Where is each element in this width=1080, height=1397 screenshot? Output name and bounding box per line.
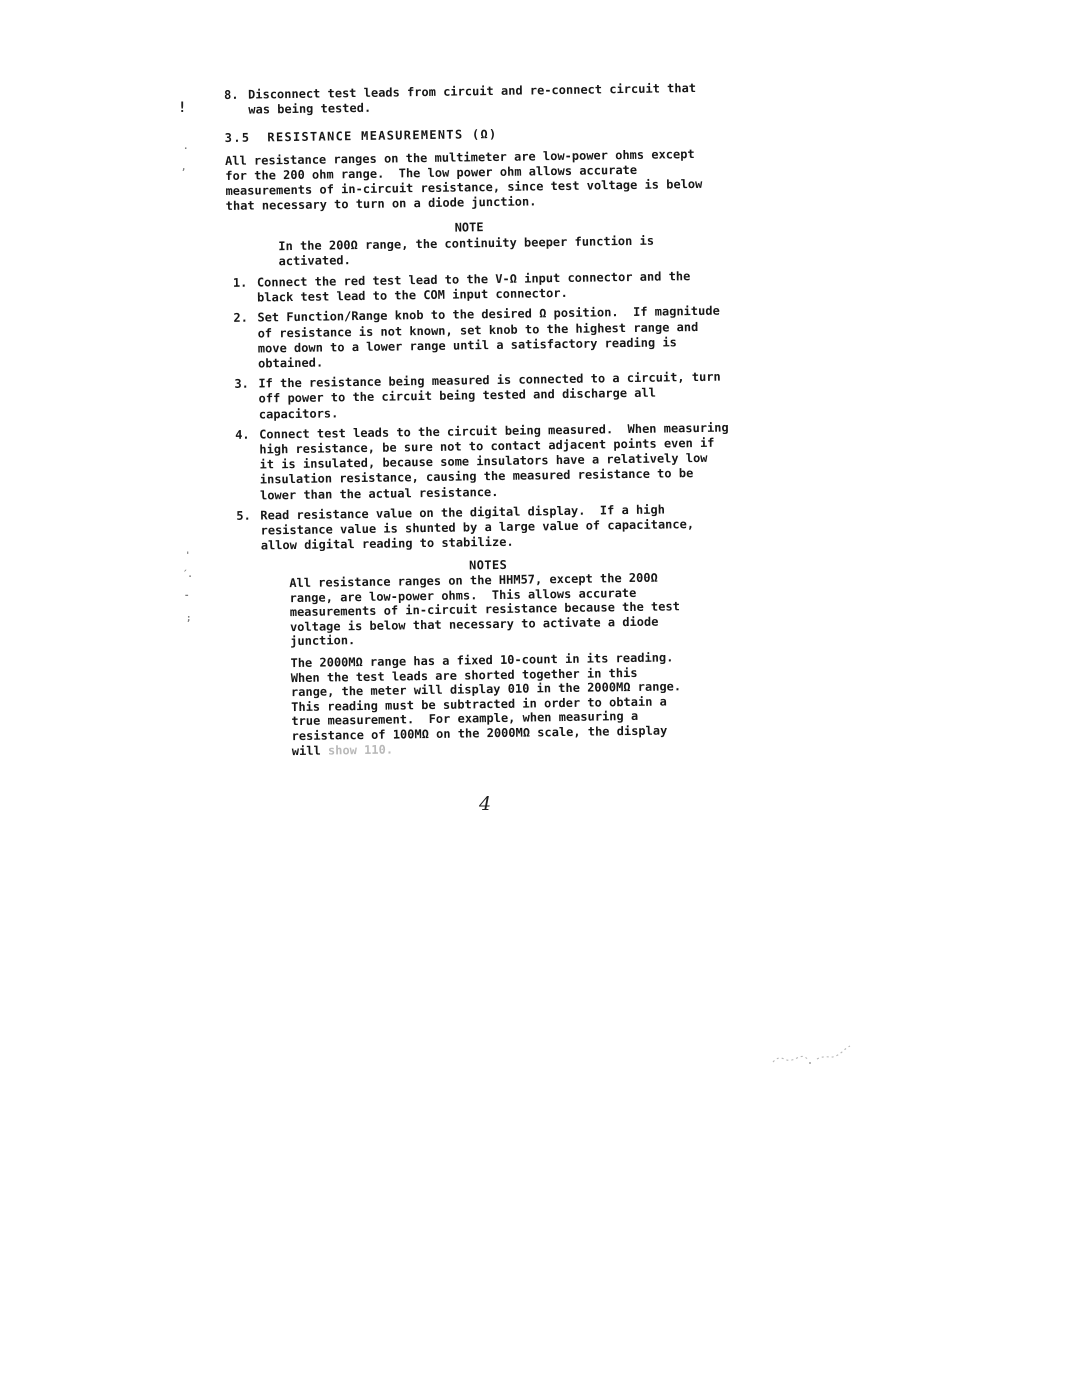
typewritten-text-block: 8. Disconnect test leads from circuit an… [224, 80, 768, 759]
scanned-manual-page: 8. Disconnect test leads from circuit an… [0, 0, 1080, 1397]
margin-scan-mark: . [183, 142, 188, 152]
list-item-number: 4. [235, 427, 260, 503]
list-item-number: 3. [234, 377, 259, 423]
margin-scan-mark: ´. [182, 570, 193, 580]
note-block: NOTE In the 200Ω range, the continuity b… [278, 218, 661, 269]
notes-paragraph-1: All resistance ranges on the HHM57, exce… [289, 570, 688, 649]
notes-block: NOTES All resistance ranges on the HHM57… [289, 556, 690, 759]
list-item-number: 2. [233, 311, 258, 372]
list-item-number: 1. [233, 276, 257, 307]
list-item-number: 5. [236, 508, 261, 554]
list-item-4: 4. Connect test leads to the circuit bei… [235, 420, 764, 504]
margin-scan-mark: ; [186, 614, 191, 624]
list-item-8: 8. Disconnect test leads from circuit an… [224, 80, 758, 118]
intro-paragraph: All resistance ranges on the multimeter … [225, 146, 760, 215]
list-item-5: 5. Read resistance value on the digital … [236, 501, 765, 554]
margin-scan-mark: ! [178, 100, 186, 116]
section-heading: 3.5 RESISTANCE MEASUREMENTS (Ω) [225, 123, 759, 146]
margin-scan-mark: ‚ [181, 163, 186, 173]
list-item-2: 2. Set Function/Range knob to the desire… [233, 303, 762, 372]
last-line-dark-text: will [292, 743, 328, 758]
list-item-text: Disconnect test leads from circuit and r… [248, 80, 758, 118]
list-item-text: Set Function/Range knob to the desired Ω… [257, 303, 762, 371]
note-body: In the 200Ω range, the continuity beeper… [278, 233, 660, 269]
list-item-text: If the resistance being measured is conn… [258, 369, 763, 422]
list-item-1: 1. Connect the red test lead to the V-Ω … [233, 268, 761, 306]
list-item-number: 8. [224, 88, 248, 119]
last-line-faded-text: show 110. [328, 742, 393, 757]
notes-paragraph-2: The 2000MΩ range has a fixed 10-count in… [290, 650, 689, 743]
list-item-text: Connect test leads to the circuit being … [259, 420, 764, 503]
list-item-text: Connect the red test lead to the V-Ω inp… [257, 268, 761, 306]
page-number: 4 [479, 793, 491, 815]
margin-scan-mark: ' [185, 551, 190, 561]
margin-scan-mark: - [184, 591, 189, 601]
list-item-text: Read resistance value on the digital dis… [260, 501, 765, 554]
list-item-3: 3. If the resistance being measured is c… [234, 369, 763, 422]
pencil-scribble [770, 1042, 870, 1068]
